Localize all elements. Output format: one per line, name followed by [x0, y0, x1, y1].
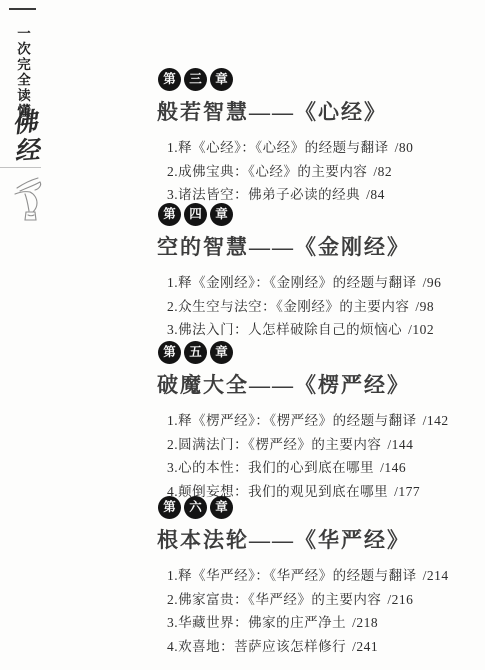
badge-char-icon: 第: [158, 68, 181, 91]
badge-char-icon: 第: [158, 341, 181, 364]
chapter-6-title: 根本法轮——《华严经》: [157, 524, 467, 554]
toc-entry-label: 2.成佛宝典：《心经》的主要内容: [167, 164, 367, 179]
ink-brush-sketch-illustration: [11, 174, 49, 224]
toc-entry: 1.释《心经》：《心经》的经题与翻译/80: [167, 136, 467, 160]
toc-entry: 3.心的本性：我们的心到底在哪里/146: [167, 456, 467, 480]
toc-entry-label: 2.众生空与法空：《金刚经》的主要内容: [167, 299, 409, 314]
toc-entry: 1.释《华严经》：《华严经》的经题与翻译/214: [167, 564, 467, 588]
chapter-6-items: 1.释《华严经》：《华严经》的经题与翻译/214 2.佛家富贵：《华严经》的主要…: [167, 564, 467, 658]
toc-entry-page: /142: [423, 413, 449, 428]
chapter-3-items: 1.释《心经》：《心经》的经题与翻译/80 2.成佛宝典：《心经》的主要内容/8…: [167, 136, 467, 207]
toc-entry-page: /96: [423, 275, 442, 290]
chapter-4-title: 空的智慧——《金刚经》: [157, 231, 467, 261]
toc-entry-page: /80: [395, 140, 414, 155]
badge-char-icon: 第: [158, 496, 181, 519]
toc-entry-page: /218: [352, 615, 378, 630]
calligraphy-char-jing: 经: [10, 137, 44, 167]
chapter-section-4: 第 四 章 空的智慧——《金刚经》 1.释《金刚经》：《金刚经》的经题与翻译/9…: [157, 203, 467, 342]
toc-entry: 2.圆满法门：《楞严经》的主要内容/144: [167, 433, 467, 457]
toc-entry-page: /241: [352, 639, 378, 654]
toc-entry: 2.成佛宝典：《心经》的主要内容/82: [167, 160, 467, 184]
toc-entry: 1.释《楞严经》：《楞严经》的经题与翻译/142: [167, 409, 467, 433]
badge-char-icon: 四: [184, 203, 207, 226]
badge-char-icon: 六: [184, 496, 207, 519]
toc-entry-label: 1.释《楞严经》：《楞严经》的经题与翻译: [167, 413, 417, 428]
book-series-title-vertical: 一次完全读懂: [12, 26, 32, 119]
chapter-3-badge: 第 三 章: [158, 68, 467, 91]
chapter-section-6: 第 六 章 根本法轮——《华严经》 1.释《华严经》：《华严经》的经题与翻译/2…: [157, 496, 467, 658]
toc-entry-label: 1.释《华严经》：《华严经》的经题与翻译: [167, 568, 417, 583]
toc-entry-label: 1.释《心经》：《心经》的经题与翻译: [167, 140, 389, 155]
toc-entry-page: /146: [380, 460, 406, 475]
chapter-5-title: 破魔大全——《楞严经》: [157, 369, 467, 399]
toc-entry-label: 3.华藏世界：佛家的庄严净土: [167, 615, 346, 630]
badge-char-icon: 第: [158, 203, 181, 226]
toc-entry-page: /82: [373, 164, 392, 179]
toc-entry-page: /214: [423, 568, 449, 583]
toc-entry-label: 3.心的本性：我们的心到底在哪里: [167, 460, 374, 475]
top-edge-rule: [9, 8, 36, 10]
chapter-4-items: 1.释《金刚经》：《金刚经》的经题与翻译/96 2.众生空与法空：《金刚经》的主…: [167, 271, 467, 342]
toc-entry-label: 2.圆满法门：《楞严经》的主要内容: [167, 437, 381, 452]
chapter-6-badge: 第 六 章: [158, 496, 467, 519]
toc-entry-page: /144: [387, 437, 413, 452]
toc-entry: 3.华藏世界：佛家的庄严净土/218: [167, 611, 467, 635]
toc-entry-label: 4.欢喜地：菩萨应该怎样修行: [167, 639, 346, 654]
toc-entry-label: 3.佛法入门：人怎样破除自己的烦恼心: [167, 322, 402, 337]
toc-entry-page: /216: [387, 592, 413, 607]
chapter-5-badge: 第 五 章: [158, 341, 467, 364]
chapter-3-title: 般若智慧——《心经》: [157, 96, 467, 126]
sidebar-divider-rule: [0, 167, 41, 168]
book-title-calligraphy: 佛 经: [9, 110, 41, 166]
calligraphy-char-fo: 佛: [7, 108, 42, 140]
chapter-4-badge: 第 四 章: [158, 203, 467, 226]
badge-char-icon: 章: [210, 496, 233, 519]
book-toc-page: 一次完全读懂 佛 经 第 三 章 般若智慧——《心经》 1.释《心经》：《心经》…: [0, 0, 485, 670]
chapter-section-5: 第 五 章 破魔大全——《楞严经》 1.释《楞严经》：《楞严经》的经题与翻译/1…: [157, 341, 467, 503]
badge-char-icon: 章: [210, 68, 233, 91]
toc-entry-page: /102: [408, 322, 434, 337]
toc-entry-label: 3.诸法皆空：佛弟子必读的经典: [167, 187, 360, 202]
badge-char-icon: 五: [184, 341, 207, 364]
toc-entry: 2.佛家富贵：《华严经》的主要内容/216: [167, 588, 467, 612]
badge-char-icon: 章: [210, 203, 233, 226]
chapter-section-3: 第 三 章 般若智慧——《心经》 1.释《心经》：《心经》的经题与翻译/80 2…: [157, 68, 467, 207]
toc-entry-page: /98: [415, 299, 434, 314]
toc-entry: 2.众生空与法空：《金刚经》的主要内容/98: [167, 295, 467, 319]
chapter-5-items: 1.释《楞严经》：《楞严经》的经题与翻译/142 2.圆满法门：《楞严经》的主要…: [167, 409, 467, 503]
toc-entry-label: 1.释《金刚经》：《金刚经》的经题与翻译: [167, 275, 417, 290]
toc-entry: 3.佛法入门：人怎样破除自己的烦恼心/102: [167, 318, 467, 342]
badge-char-icon: 章: [210, 341, 233, 364]
badge-char-icon: 三: [184, 68, 207, 91]
toc-entry-page: /84: [366, 187, 385, 202]
toc-entry-label: 2.佛家富贵：《华严经》的主要内容: [167, 592, 381, 607]
toc-entry: 1.释《金刚经》：《金刚经》的经题与翻译/96: [167, 271, 467, 295]
toc-entry: 4.欢喜地：菩萨应该怎样修行/241: [167, 635, 467, 659]
